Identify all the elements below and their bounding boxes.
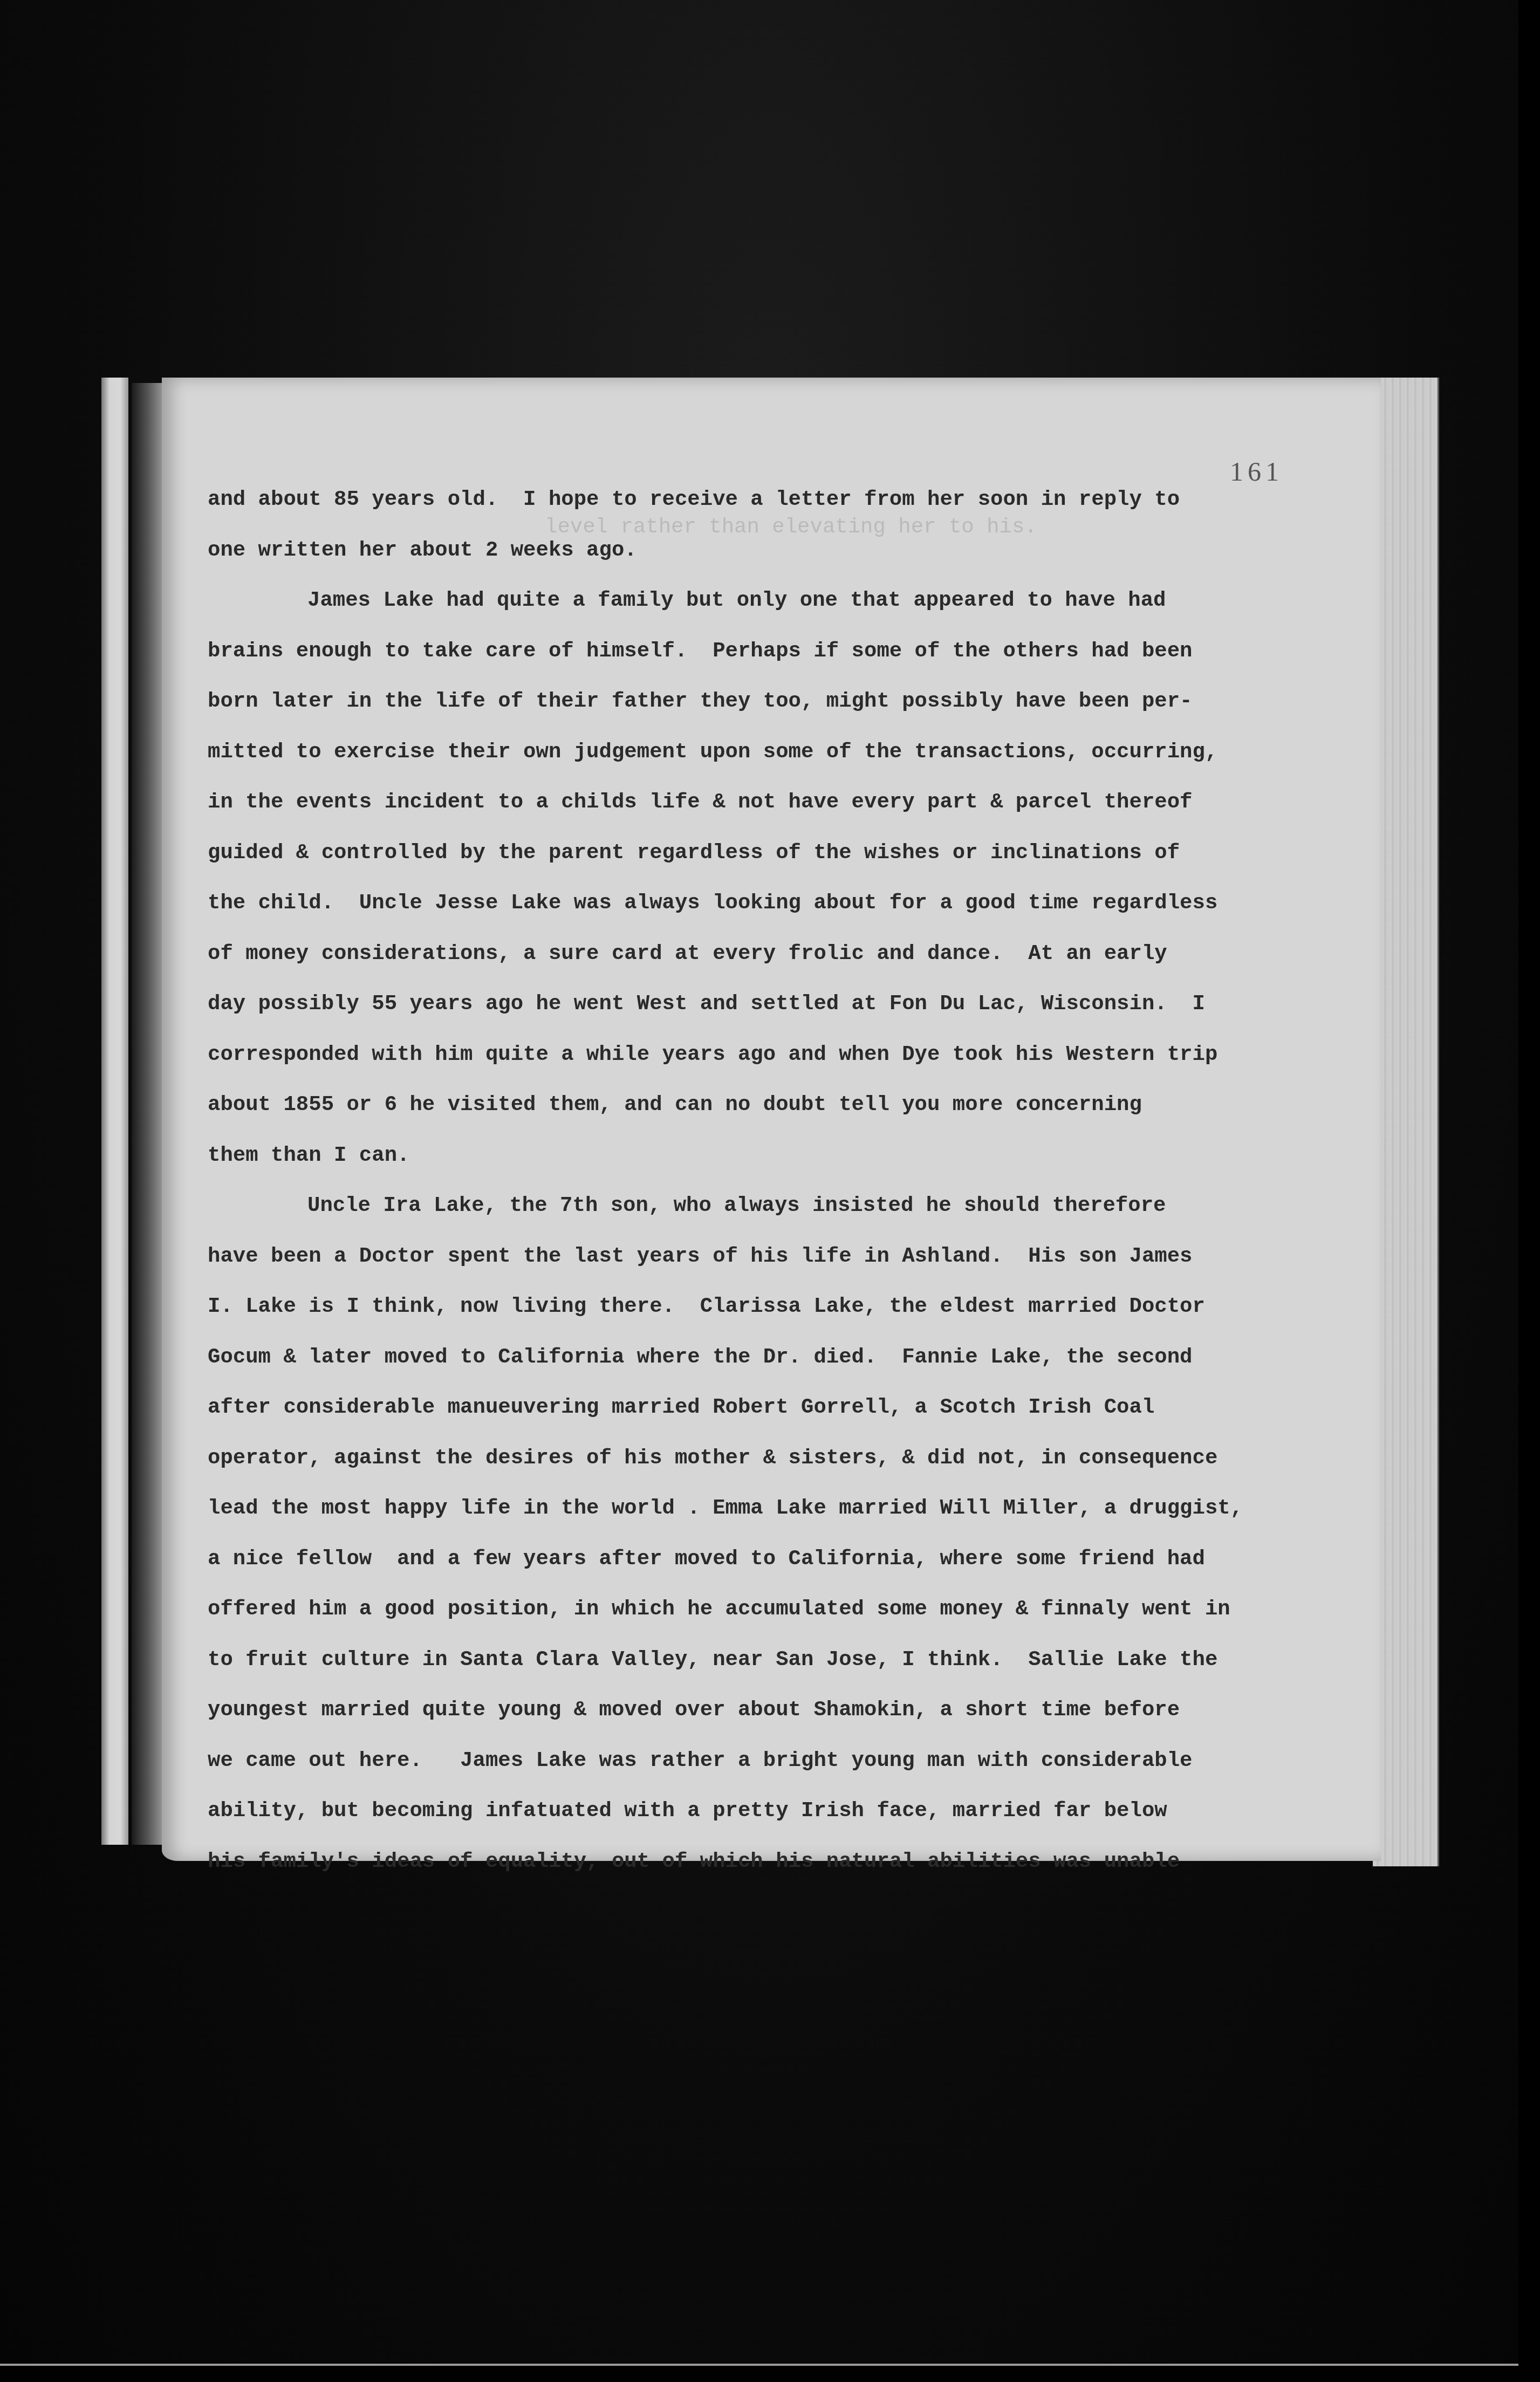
text-line: Uncle Ira Lake, the 7th son, who always …	[208, 1181, 1286, 1231]
text-line: about 1855 or 6 he visited them, and can…	[208, 1080, 1286, 1131]
book-gutter	[132, 383, 164, 1845]
text-line: Gocum & later moved to California where …	[208, 1332, 1286, 1383]
text-line: offered him a good position, in which he…	[208, 1584, 1286, 1635]
text-line: of money considerations, a sure card at …	[208, 929, 1286, 980]
text-line: in the events incident to a childs life …	[208, 777, 1286, 828]
text-line: operator, against the desires of his mot…	[208, 1433, 1286, 1484]
text-line: have been a Doctor spent the last years …	[208, 1231, 1286, 1282]
text-line: ability, but becoming infatuated with a …	[208, 1786, 1286, 1837]
text-line: the child. Uncle Jesse Lake was always l…	[208, 878, 1286, 929]
film-edge-right	[1518, 0, 1540, 2382]
film-edge-bottom	[0, 2364, 1518, 2382]
text-line: his family's ideas of equality, out of w…	[208, 1837, 1286, 1887]
text-line: brains enough to take care of himself. P…	[208, 626, 1286, 677]
facing-page-edge	[101, 378, 128, 1845]
text-line: James Lake had quite a family but only o…	[208, 576, 1286, 626]
text-line: we came out here. James Lake was rather …	[208, 1736, 1286, 1786]
text-line: mitted to exercise their own judgement u…	[208, 727, 1286, 778]
text-line: born later in the life of their father t…	[208, 676, 1286, 727]
text-line: one written her about 2 weeks ago.	[208, 525, 1286, 576]
text-line: lead the most happy life in the world . …	[208, 1483, 1286, 1534]
text-line: them than I can.	[208, 1131, 1286, 1181]
text-line: I. Lake is I think, now living there. Cl…	[208, 1282, 1286, 1332]
text-line: youngest married quite young & moved ove…	[208, 1685, 1286, 1736]
text-line: and about 85 years old. I hope to receiv…	[208, 475, 1286, 525]
page-stack-edge	[1373, 378, 1439, 1866]
text-line: day possibly 55 years ago he went West a…	[208, 979, 1286, 1030]
text-line: to fruit culture in Santa Clara Valley, …	[208, 1635, 1286, 1686]
typed-text-body: and about 85 years old. I hope to receiv…	[208, 475, 1286, 1887]
text-line: a nice fellow and a few years after move…	[208, 1534, 1286, 1585]
text-line: guided & controlled by the parent regard…	[208, 828, 1286, 879]
text-line: after considerable manueuvering married …	[208, 1382, 1286, 1433]
text-line: corresponded with him quite a while year…	[208, 1030, 1286, 1080]
